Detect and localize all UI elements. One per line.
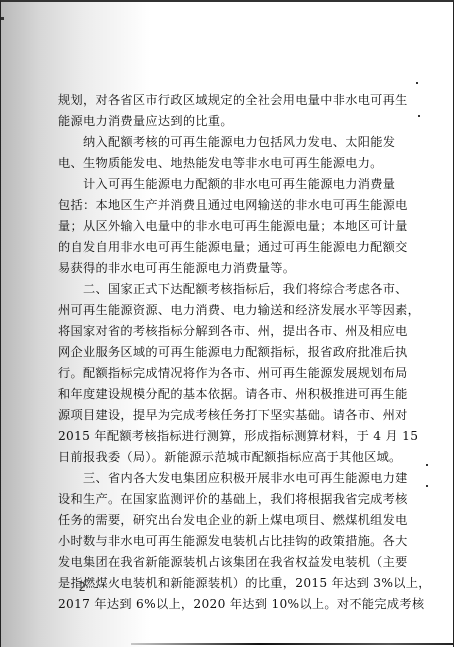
scan-mark [1, 17, 4, 20]
text-line: 纳入配额考核的可再生能源电力包括风力发电、太阳能发 [58, 132, 398, 153]
text-line: 计入可再生能源电力配额的非水电可再生能源电力消费量 [58, 174, 398, 195]
text-line: 日前报我委（局）。新能源示范城市配额指标应高于其他区域。 [58, 447, 398, 468]
text-line: 易获得的非水电可再生能源电力消费量等。 [58, 258, 398, 279]
text-line: 三、省内各大发电集团应积极开展非水电可再生能源电力建 [58, 468, 398, 489]
text-line: 设和生产。在国家监测评价的基础上，我们将根据我省完成考核 [58, 489, 398, 510]
scan-speck [426, 464, 428, 466]
text-line: 规划，对各省区市行政区域规定的全社会用电量中非水电可再生 [58, 90, 398, 111]
page-edge [131, 643, 453, 645]
text-line: 电、生物质能发电、地热能发电等非水电可再生能源电力。 [58, 153, 398, 174]
scan-speck [426, 485, 428, 487]
text-line: 能源电力消费量应达到的比重。 [58, 111, 398, 132]
text-line: 小时数与非水电可再生能源发电装机占比挂钩的政策措施。各大 [58, 531, 398, 552]
text-line: 量；从区外输入电量中的非水电可再生能源电量；本地区可计量 [58, 216, 398, 237]
text-line: 源项目建设，提早为完成考核任务打下坚实基础。请各市、州对 [58, 405, 398, 426]
text-line: 是指燃煤火电装机和新能源装机）的比重，2015 年达到 3%以上， [58, 573, 398, 594]
document-body: 规划，对各省区市行政区域规定的全社会用电量中非水电可再生 能源电力消费量应达到的… [58, 90, 398, 615]
text-line: 州可再生能源资源、电力消费、电力输送和经济发展水平等因素， [58, 300, 398, 321]
text-line: 和年度建设规模分配的基本依据。请各市、州积极推进可再生能 [58, 384, 398, 405]
text-line: 包括：本地区生产并消费且通过电网输送的非水电可再生能源电 [58, 195, 398, 216]
text-line: 任务的需要，研究出台发电企业的新上煤电项目、燃煤机组发电 [58, 510, 398, 531]
text-line: 的自发自用非水电可再生能源电量；通过可再生能源电力配额交 [58, 237, 398, 258]
scan-speck [418, 115, 420, 117]
text-line: 网企业服务区域的可再生能源电力配额指标，报省政府批准后执 [58, 342, 398, 363]
scanned-page: 规划，对各省区市行政区域规定的全社会用电量中非水电可再生 能源电力消费量应达到的… [0, 0, 454, 647]
page-number: - 2 - [64, 580, 100, 594]
text-line: 发电集团在我省新能源装机占该集团在我省权益发电装机（主要 [58, 552, 398, 573]
text-line: 2017 年达到 6%以上，2020 年达到 10%以上。对不能完成考核 [58, 594, 398, 615]
text-line: 将国家对省的考核指标分解到各市、州，提出各市、州及相应电 [58, 321, 398, 342]
text-line: 2015 年配额考核指标进行测算，形成指标测算材料，于 4 月 15 [58, 426, 398, 447]
text-line: 行。配额指标完成情况将作为各市、州可再生能源发展规划布局 [58, 363, 398, 384]
text-line: 二、国家正式下达配额考核指标后，我们将综合考虑各市、 [58, 279, 398, 300]
scan-speck [416, 82, 418, 84]
